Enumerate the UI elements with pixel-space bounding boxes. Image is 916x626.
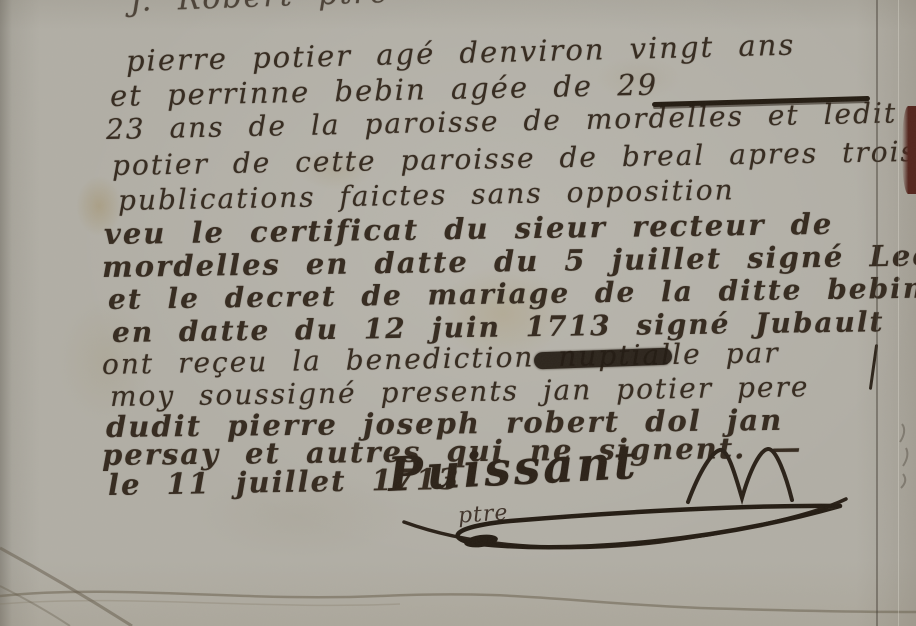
signature-flourish-tip [463,533,498,550]
paper-fold [0,586,70,626]
ink-slash-mark [869,344,878,390]
paper-crease [0,592,916,612]
signature-title: ptre [457,500,509,528]
manuscript-line: pierre potier agé denviron vingt ans [126,28,796,78]
paper-crease [0,601,400,606]
signature-flourish-loop [458,506,840,547]
previous-entry-signature-fragment: J. Robert ptre [129,0,390,19]
signature-text: Puissant [387,435,640,503]
paper-fold [0,548,132,626]
page-edge-highlight [898,0,899,626]
manuscript-page: J. Robert ptre pierre potier agé denviro… [0,0,916,626]
facing-page-ink-specks [900,424,907,488]
